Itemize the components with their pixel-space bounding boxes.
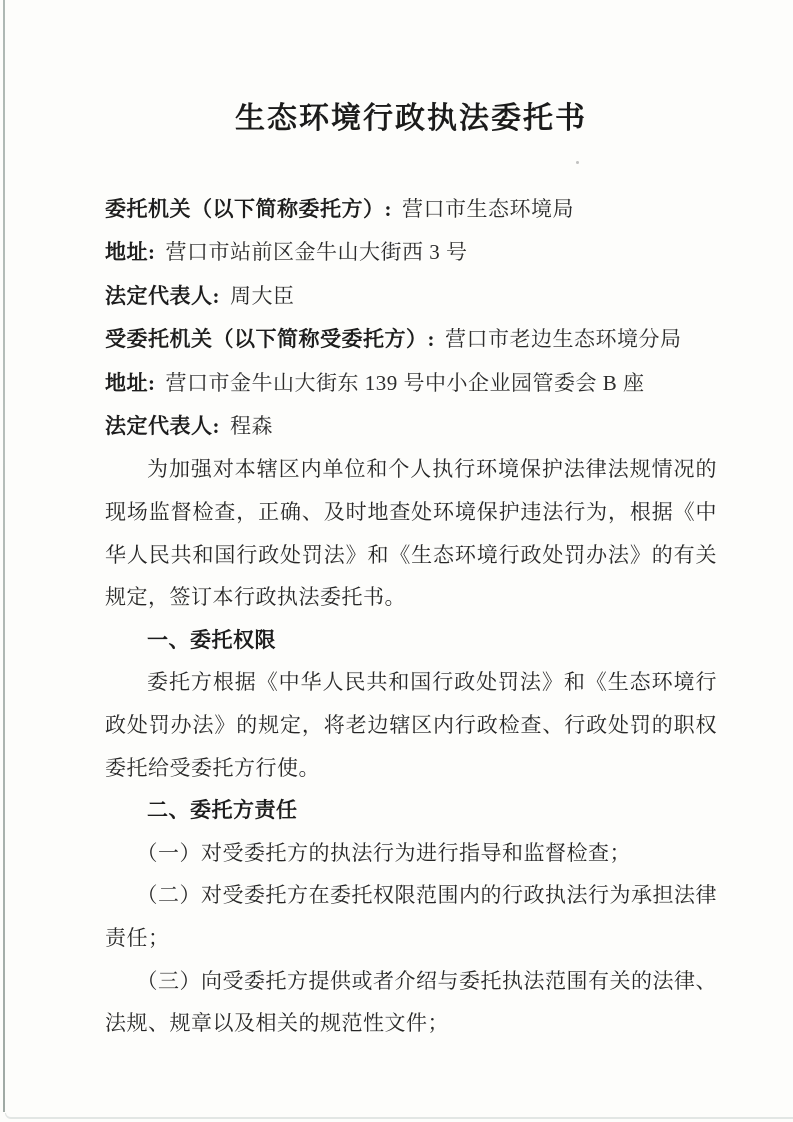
field-value: 程森: [230, 414, 273, 438]
document-title: 生态环境行政执法委托书: [105, 0, 717, 140]
field-label: 受委托机关（以下简称受委托方）:: [105, 327, 435, 351]
section-1-heading: 一、委托权限: [105, 619, 717, 662]
field-value: 周大臣: [230, 284, 295, 308]
section-2-heading: 二、委托方责任: [105, 789, 717, 832]
document-content: 生态环境行政执法委托书 委托机关（以下简称委托方）:营口市生态环境局 地址:营口…: [105, 0, 717, 1045]
section-1-paragraph: 委托方根据《中华人民共和国行政处罚法》和《生态环境行政处罚办法》的规定，将老边辖…: [105, 661, 717, 789]
field-label: 委托机关（以下简称委托方）:: [105, 197, 392, 221]
party-info-block: 委托机关（以下简称委托方）:营口市生态环境局 地址:营口市站前区金牛山大街西 3…: [105, 188, 717, 448]
field-label: 地址:: [105, 371, 156, 395]
scan-edge-left-line: [3, 0, 5, 1112]
section-2-item-2: （二）对受委托方在委托权限范围内的行政执法行为承担法律责任；: [105, 874, 717, 959]
scan-edge-bottom-shadow: [5, 1113, 793, 1119]
field-label: 地址:: [105, 240, 156, 264]
document-body: 为加强对本辖区内单位和个人执行环境保护法律法规情况的现场监督检查，正确、及时地查…: [105, 448, 717, 1044]
field-line-entrusted-address: 地址:营口市金牛山大街东 139 号中小企业园管委会 B 座: [105, 362, 717, 405]
intro-paragraph: 为加强对本辖区内单位和个人执行环境保护法律法规情况的现场监督检查，正确、及时地查…: [105, 448, 717, 618]
field-value: 营口市生态环境局: [402, 197, 574, 221]
field-line-entrusted-representative: 法定代表人:程森: [105, 405, 717, 448]
field-line-entrusting-organ: 委托机关（以下简称委托方）:营口市生态环境局: [105, 188, 717, 231]
field-value: 营口市站前区金牛山大街西 3 号: [166, 240, 468, 264]
field-line-entrusted-organ: 受委托机关（以下简称受委托方）:营口市老边生态环境分局: [105, 318, 717, 361]
scanned-document-page: 生态环境行政执法委托书 委托机关（以下简称委托方）:营口市生态环境局 地址:营口…: [0, 0, 793, 1122]
field-label: 法定代表人:: [105, 414, 220, 438]
field-label: 法定代表人:: [105, 284, 220, 308]
field-value: 营口市金牛山大街东 139 号中小企业园管委会 B 座: [166, 371, 645, 395]
section-2-item-1: （一）对受委托方的执法行为进行指导和监督检查；: [105, 832, 717, 875]
section-2-item-3: （三）向受委托方提供或者介绍与委托执法范围有关的法律、法规、规章以及相关的规范性…: [105, 960, 717, 1045]
field-line-entrusting-address: 地址:营口市站前区金牛山大街西 3 号: [105, 231, 717, 274]
field-value: 营口市老边生态环境分局: [445, 327, 682, 351]
field-line-entrusting-representative: 法定代表人:周大臣: [105, 275, 717, 318]
